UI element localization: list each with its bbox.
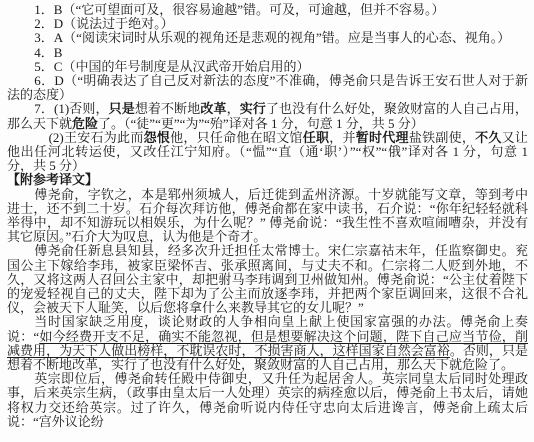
text-run: 只是 xyxy=(109,101,135,116)
answer-item-7-1: 7．(1)否则，只是想着不断地改革，实行了也没有什么好处，聚敛财富的人自己占用，… xyxy=(7,102,528,130)
text-run: ， xyxy=(227,101,240,116)
text-run: 危险 xyxy=(72,116,98,131)
text-run: 不久 xyxy=(475,130,502,145)
answer-item-4: 4．B xyxy=(7,46,528,60)
text-run: 想着不断地 xyxy=(135,101,201,116)
translation-paragraph-4: 英宗即位后，傅尧俞转任殿中侍御史，又升任为起居舍人。英宗同皇太后同时处理政事，后… xyxy=(7,372,528,429)
text-run: 实行 xyxy=(240,101,266,116)
text-run: 2．D（说法过于绝对。） xyxy=(34,16,173,31)
text-run: 任职 xyxy=(303,130,330,145)
text-run: 6．D（“明确表达了自己反对新法的态度”不准确，傅尧俞只是告诉王安石世人对于新法… xyxy=(7,73,528,102)
answer-item-3: 3．A（“阅读宋词时从乐观的视角还是悲观的视角”错。应是当事人的心态、视角。） xyxy=(7,31,528,45)
text-run: 盐铁副使， xyxy=(409,130,475,145)
text-run: 3．A（“阅读宋词时从乐观的视角还是悲观的视角”错。应是当事人的心态、视角。） xyxy=(34,30,510,45)
answers-section: 1．B（“它可望面可及，很容易逾越”错。可及，可逾越，但并不容易。） 2．D（说… xyxy=(7,3,528,173)
translation-paragraph-2: 傅尧俞任新息县知县，经多次升迁担任太常博士。宋仁宗嘉祜末年，任监察御史。兖国公主… xyxy=(7,244,528,315)
text-run: 7．(1)否则， xyxy=(34,101,108,116)
text-run: 1．B（“它可望面可及，很容易逾越”错。可及，可逾越，但并不容易。） xyxy=(34,2,444,17)
text-run: 暂时代理 xyxy=(356,130,409,145)
text-run: (2)王安石为此而 xyxy=(49,130,144,145)
text-run: 改革 xyxy=(200,101,226,116)
text-run: 4．B xyxy=(34,45,62,60)
text-run: 5．C（中国的年号制度是从汉武帝开始启用的） xyxy=(34,59,309,74)
text-run: 怨恨 xyxy=(144,130,171,145)
answer-item-5: 5．C（中国的年号制度是从汉武帝开始启用的） xyxy=(7,60,528,74)
text-run: 英宗即位后，傅尧俞转任殿中侍御史，又升任为起居舍人。英宗同皇太后同时处理政事，后… xyxy=(7,371,528,429)
translation-paragraph-1: 傅尧俞，字钦之，本是郓州须城人，后迁徙到孟州济源。十岁就能写文章，等到考中进士，… xyxy=(7,188,528,245)
text-run: 傅尧俞任新息县知县，经多次升迁担任太常博士。宋仁宗嘉祜末年，任监察御史。兖国公主… xyxy=(7,243,528,315)
answer-item-6: 6．D（“明确表达了自己反对新法的态度”不准确，傅尧俞只是告诉王安石世人对于新法… xyxy=(7,74,528,102)
answer-item-2: 2．D（说法过于绝对。） xyxy=(7,17,528,31)
answer-item-7-2: (2)王安石为此而怨恨他，只任命他在昭文馆任职，并暂时代理盐铁副使，不久又让他出… xyxy=(7,131,528,174)
text-run: 他，只任命他在昭文馆 xyxy=(170,130,303,145)
translation-section: 傅尧俞，字钦之，本是郓州须城人，后迁徙到孟州济源。十岁就能写文章，等到考中进士，… xyxy=(7,188,528,429)
answer-item-1: 1．B（“它可望面可及，很容易逾越”错。可及，可逾越，但并不容易。） xyxy=(7,3,528,17)
translation-header: 【附参考译文】 xyxy=(7,173,528,187)
text-run: 傅尧俞，字钦之，本是郓州须城人，后迁徙到孟州济源。十岁就能写文章，等到考中进士，… xyxy=(7,187,528,245)
translation-paragraph-3: 当时国家缺乏用度，谈论财政的人争相向皇上献上使国家富强的办法。傅尧俞上奏说：“如… xyxy=(7,315,528,372)
document-page: 1．B（“它可望面可及，很容易逾越”错。可及，可逾越，但并不容易。） 2．D（说… xyxy=(0,0,534,442)
text-run: ，并 xyxy=(329,130,356,145)
text-run: 了。（“徒”“更”“为”“殆”译对各 1 分，句意 1 分，共 5 分） xyxy=(98,116,424,131)
